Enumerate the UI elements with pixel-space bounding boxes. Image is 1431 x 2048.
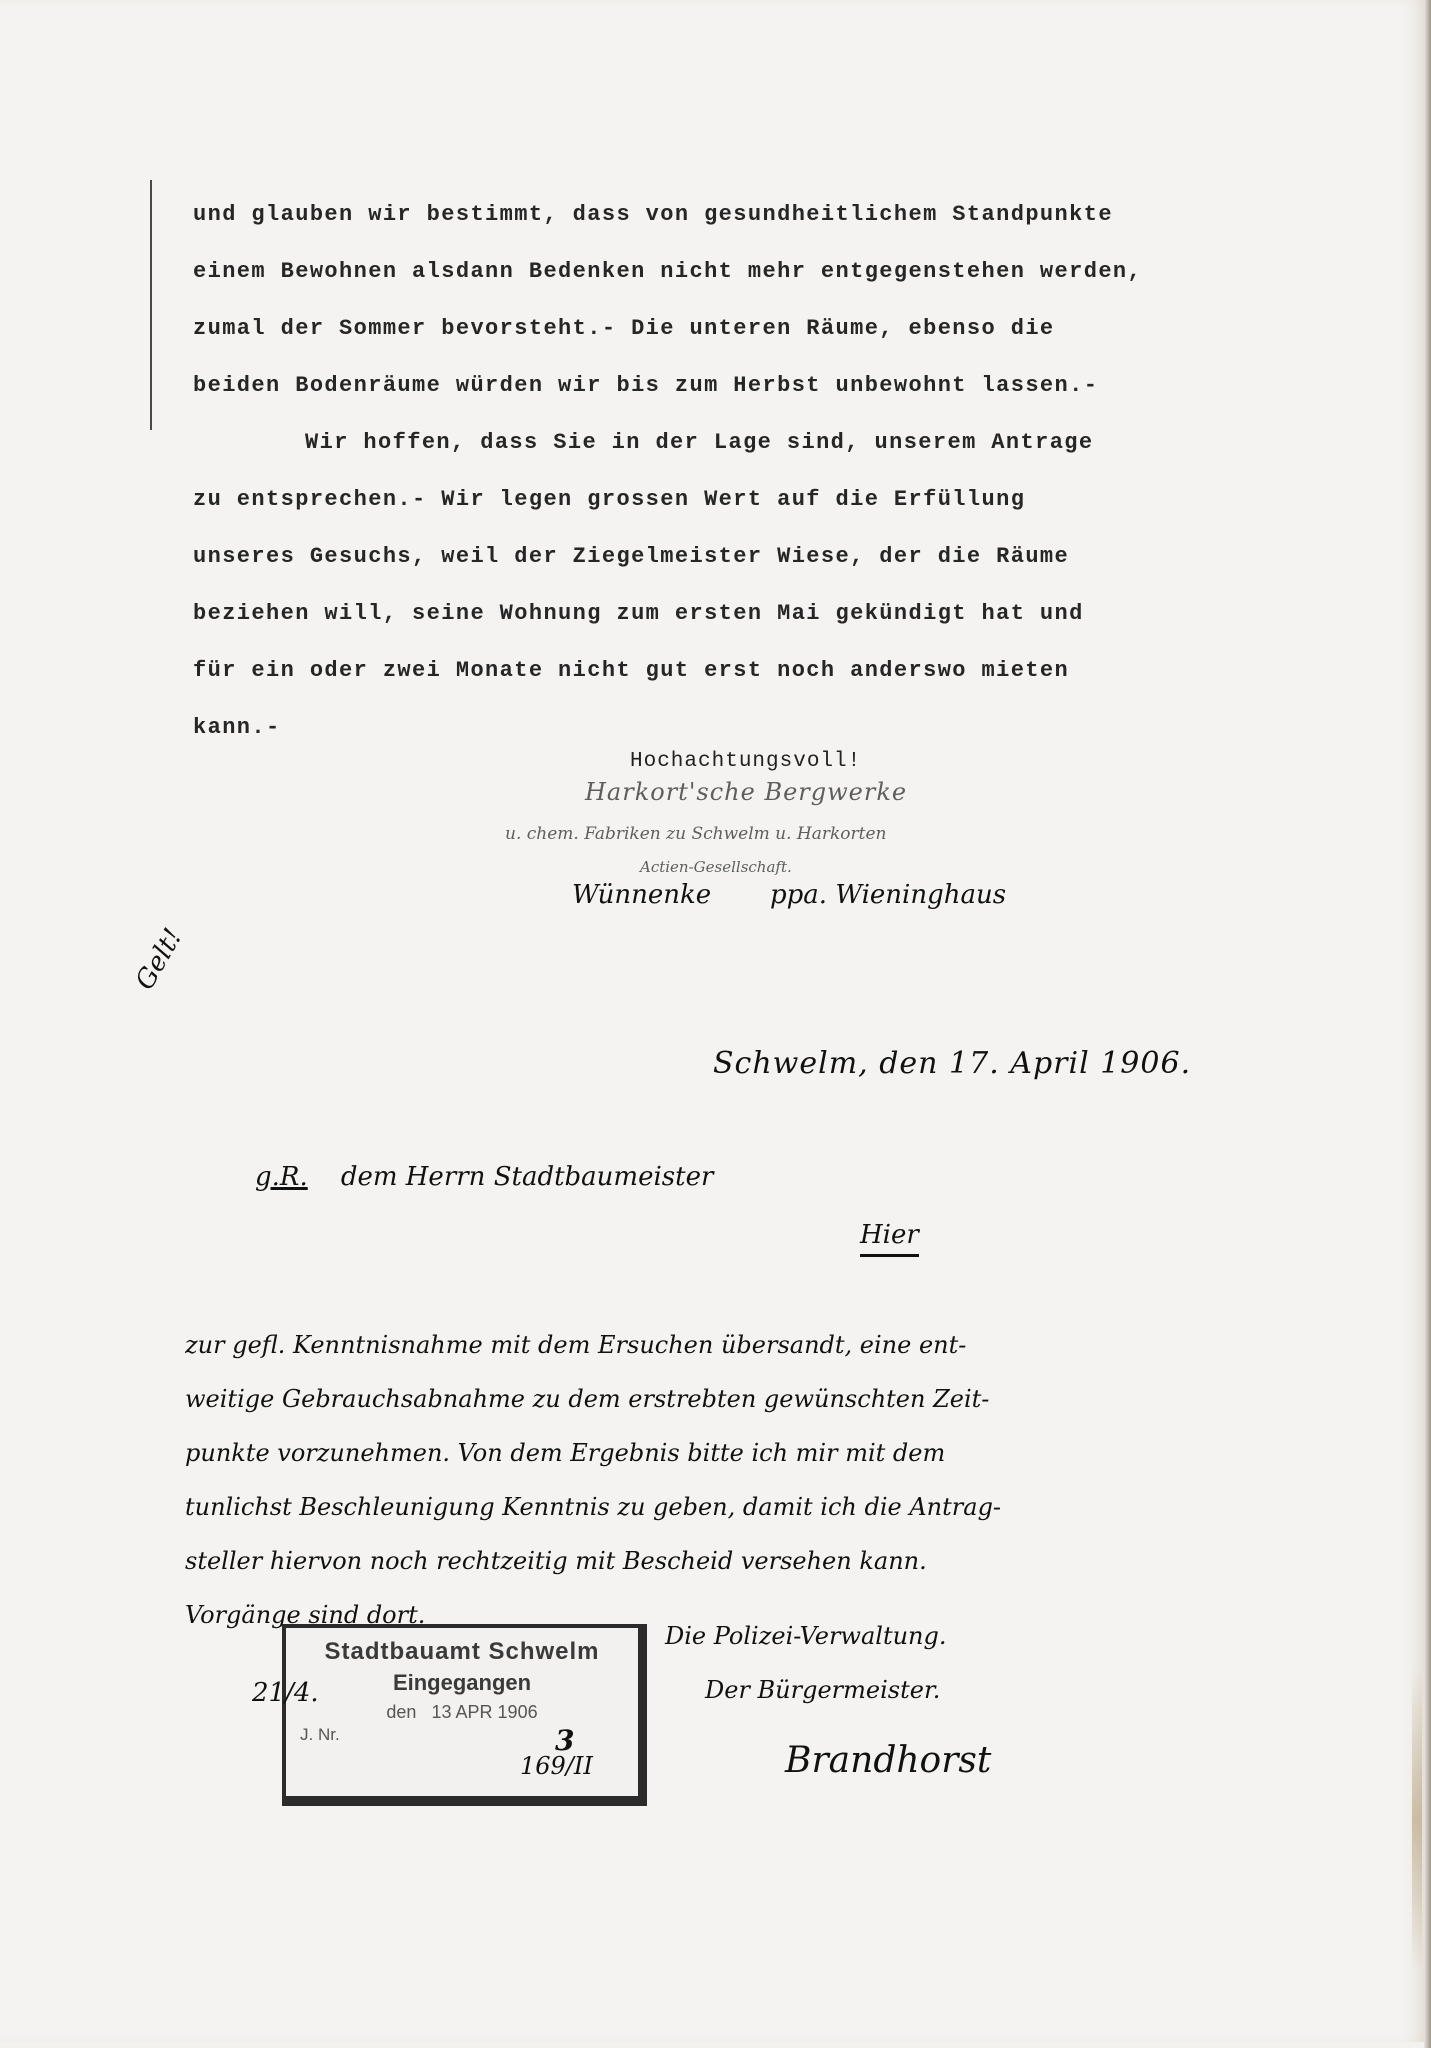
- stamp-journal-label: J. Nr.: [286, 1725, 638, 1745]
- handwritten-line: tunlichst Beschleunigung Kenntnis zu geb…: [185, 1480, 1305, 1534]
- company-stamp-line2: u. chem. Fabriken zu Schwelm u. Harkorte…: [505, 824, 887, 844]
- signature-right: ppa. Wieninghaus: [770, 880, 1006, 910]
- handwritten-line: weitige Gebrauchsabnahme zu dem erstrebt…: [185, 1372, 1305, 1426]
- company-stamp-line3: Actien-Gesellschaft.: [640, 858, 792, 876]
- typed-line: Wir hoffen, dass Sie in der Lage sind, u…: [193, 414, 1303, 471]
- typed-line: kann.-: [193, 699, 1303, 756]
- closing-salutation: Hochachtungsvoll!: [630, 750, 861, 773]
- stamp-date-prefix: den: [386, 1702, 416, 1722]
- authority-line: Die Polizei-Verwaltung.: [665, 1622, 947, 1650]
- mayor-signature: Brandhorst: [785, 1740, 991, 1781]
- typed-line: zu entsprechen.- Wir legen grossen Wert …: [193, 471, 1303, 528]
- address-text: dem Herrn Stadtbaumeister: [341, 1162, 714, 1192]
- typed-letter-body: und glauben wir bestimmt, dass von gesun…: [193, 186, 1303, 756]
- typed-line: für ein oder zwei Monate nicht gut erst …: [193, 642, 1303, 699]
- typed-line: beziehen will, seine Wohnung zum ersten …: [193, 585, 1303, 642]
- handwritten-line: zur gefl. Kenntnisnahme mit dem Ersuchen…: [185, 1318, 1305, 1372]
- date-line: Schwelm, den 17. April 1906.: [713, 1046, 1191, 1081]
- margin-mark: [150, 180, 152, 430]
- stamp-date: 13 APR 1906: [432, 1702, 538, 1722]
- mayor-title: Der Bürgermeister.: [705, 1676, 940, 1704]
- address-line: g.R. dem Herrn Stadtbaumeister: [255, 1162, 713, 1192]
- typed-line: zumal der Sommer bevorsteht.- Die untere…: [193, 300, 1303, 357]
- address-prefix: g.R.: [255, 1162, 308, 1192]
- company-stamp-line1: Harkort'sche Bergwerke: [585, 778, 907, 806]
- signature-left: Wünnenke: [572, 880, 711, 910]
- paper-stain: [1412, 1670, 1422, 1970]
- handwritten-body: zur gefl. Kenntnisnahme mit dem Ersuchen…: [185, 1318, 1305, 1642]
- stamp-office: Stadtbauamt Schwelm: [286, 1638, 638, 1666]
- handwritten-line: punkte vorzunehmen. Von dem Ergebnis bit…: [185, 1426, 1305, 1480]
- typed-line: und glauben wir bestimmt, dass von gesun…: [193, 186, 1303, 243]
- handwritten-line: steller hiervon noch rechtzeitig mit Bes…: [185, 1534, 1305, 1588]
- typed-line: einem Bewohnen alsdann Bedenken nicht me…: [193, 243, 1303, 300]
- stamp-journal-number: 169/II: [520, 1752, 593, 1780]
- location-note: Hier: [860, 1220, 919, 1257]
- page-edge: [1424, 0, 1431, 2048]
- typed-line: unseres Gesuchs, weil der Ziegelmeister …: [193, 528, 1303, 585]
- typed-line: beiden Bodenräume würden wir bis zum Her…: [193, 357, 1303, 414]
- stamp-status: Eingegangen: [286, 1670, 638, 1696]
- stamp-handwritten-note: 21/4.: [252, 1678, 319, 1708]
- stamp-date-row: den 13 APR 1906: [286, 1702, 638, 1723]
